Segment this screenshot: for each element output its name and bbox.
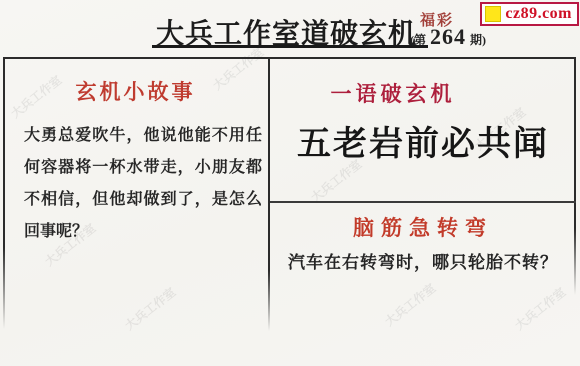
right-panel-divider — [270, 201, 576, 203]
lottery-puzzle-sheet: 大兵工作室 大兵工作室 大兵工作室 大兵工作室 大兵工作室 大兵工作室 大兵工作… — [0, 0, 580, 366]
issue-number: (第 264 期) — [410, 24, 486, 50]
logo-square-icon — [485, 6, 501, 22]
logo-text: cz89.com — [505, 5, 572, 23]
cz89-logo[interactable]: cz89.com — [480, 2, 579, 26]
issue-suffix: 期) — [470, 33, 486, 47]
issue-prefix: (第 — [410, 33, 426, 47]
mystery-phrase: 五老岩前必共闻 — [270, 116, 576, 165]
mystery-section-heading: 一语破玄机 — [240, 78, 546, 108]
story-section-heading: 玄机小故事 — [3, 76, 268, 106]
story-text: 大勇总爱吹牛，他说他能不用任何容器将一杯水带走，小朋友都不相信，但他却做到了，是… — [24, 120, 262, 248]
watermark-text: 大兵工作室 — [121, 283, 179, 333]
frame-top-border — [3, 57, 576, 59]
watermark-text: 大兵工作室 — [511, 283, 569, 333]
brain-teaser-question: 汽车在右转弯时，哪只轮胎不转？ — [270, 248, 576, 273]
brain-teaser-heading: 脑筋急转弯 — [270, 212, 576, 242]
watermark-text: 大兵工作室 — [381, 279, 439, 329]
title-underline — [152, 45, 428, 48]
issue-number-value: 264 — [430, 24, 466, 49]
